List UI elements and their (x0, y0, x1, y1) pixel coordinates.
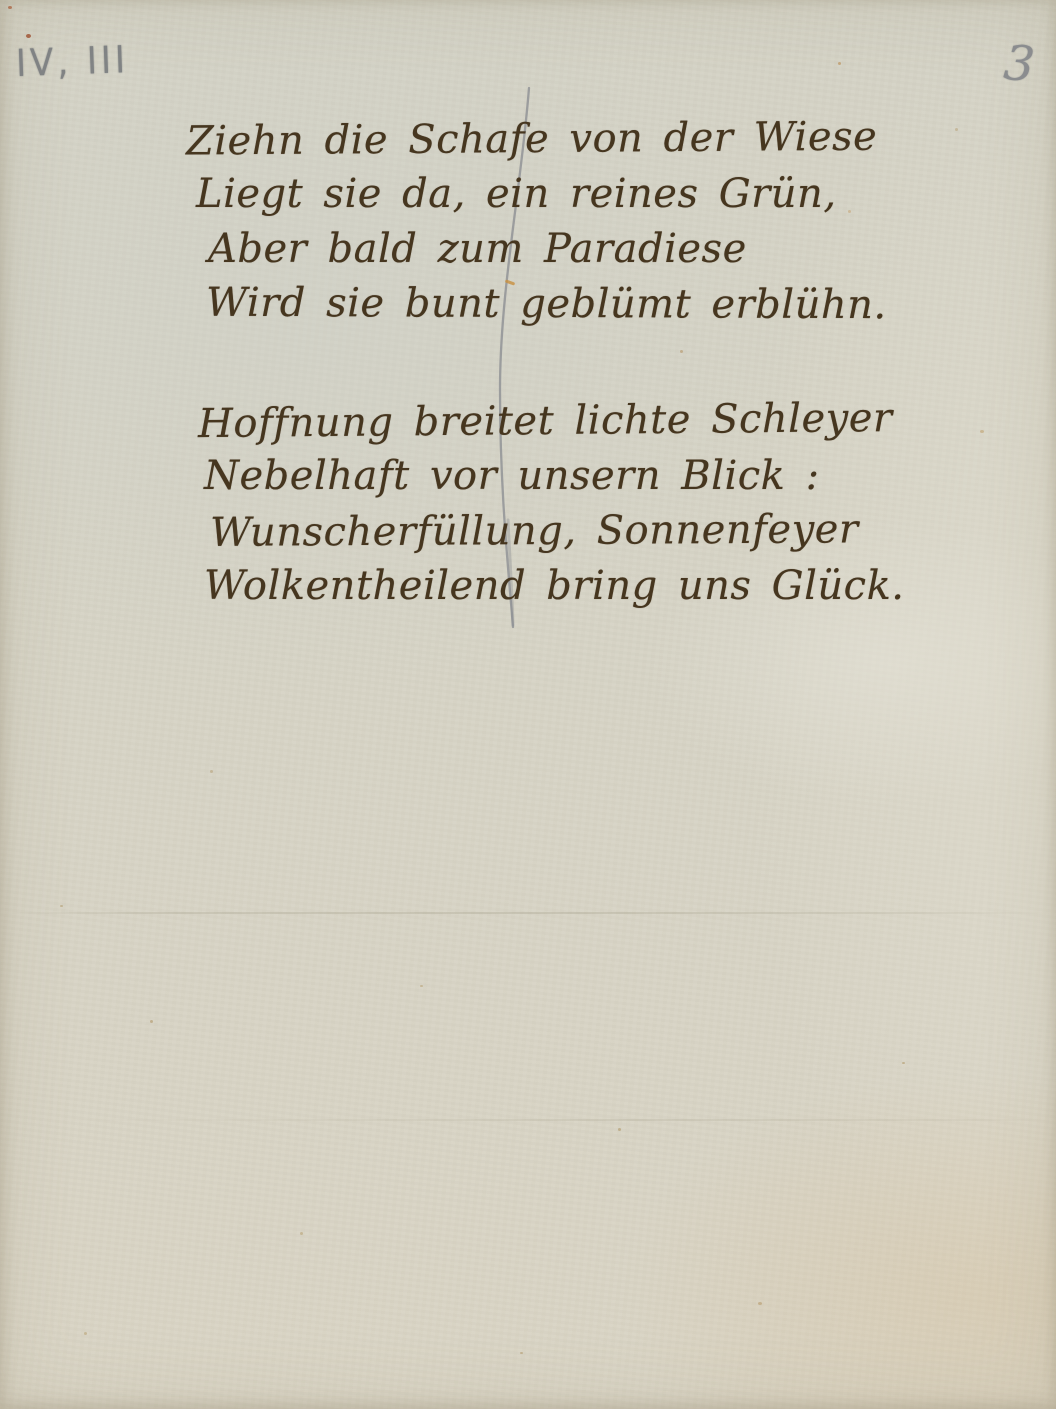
poem-line: Wird sie bunt geblümt erblühn. (206, 276, 905, 333)
foxing-spot (902, 1062, 905, 1064)
poem-line: Wunscherfüllung, Sonnenfeyer (210, 502, 905, 561)
archive-shelfmark-pencil: IV, III (15, 38, 129, 86)
foxing-spot (955, 128, 958, 131)
foxing-spot (60, 905, 63, 907)
poem: Ziehn die Schafe von der Wiese Liegt sie… (196, 112, 905, 614)
fold-crease (0, 1119, 1056, 1121)
foxing-spot (980, 430, 984, 433)
foxing-spot (210, 770, 213, 773)
poem-line: Ziehn die Schafe von der Wiese (186, 109, 905, 169)
poem-line: Nebelhaft vor unsern Blick : (204, 449, 905, 504)
foxing-spot (838, 62, 841, 65)
manuscript-page: IV, III 3 Ziehn die Schafe von der Wiese… (0, 0, 1056, 1409)
foxing-spot (26, 34, 31, 38)
poem-line: Hoffnung breitet lichte Schleyer (198, 391, 905, 452)
foxing-spot (618, 1128, 621, 1131)
stanza-2: Hoffnung breitet lichte Schleyer Nebelha… (196, 394, 905, 614)
page-number-pencil: 3 (1002, 35, 1037, 93)
fold-crease (0, 912, 1056, 914)
foxing-spot (520, 1352, 523, 1354)
foxing-spot (420, 985, 423, 987)
foxing-spot (300, 1232, 303, 1235)
foxing-spot (8, 6, 12, 9)
stanza-1: Ziehn die Schafe von der Wiese Liegt sie… (196, 112, 905, 332)
foxing-spot (150, 1020, 153, 1023)
poem-line: Wolkentheilend bring uns Glück. (204, 559, 905, 614)
foxing-spot (758, 1302, 762, 1305)
foxing-spot (84, 1332, 87, 1335)
poem-line: Liegt sie da, ein reines Grün, (196, 167, 905, 222)
poem-line: Aber bald zum Paradiese (208, 222, 905, 277)
